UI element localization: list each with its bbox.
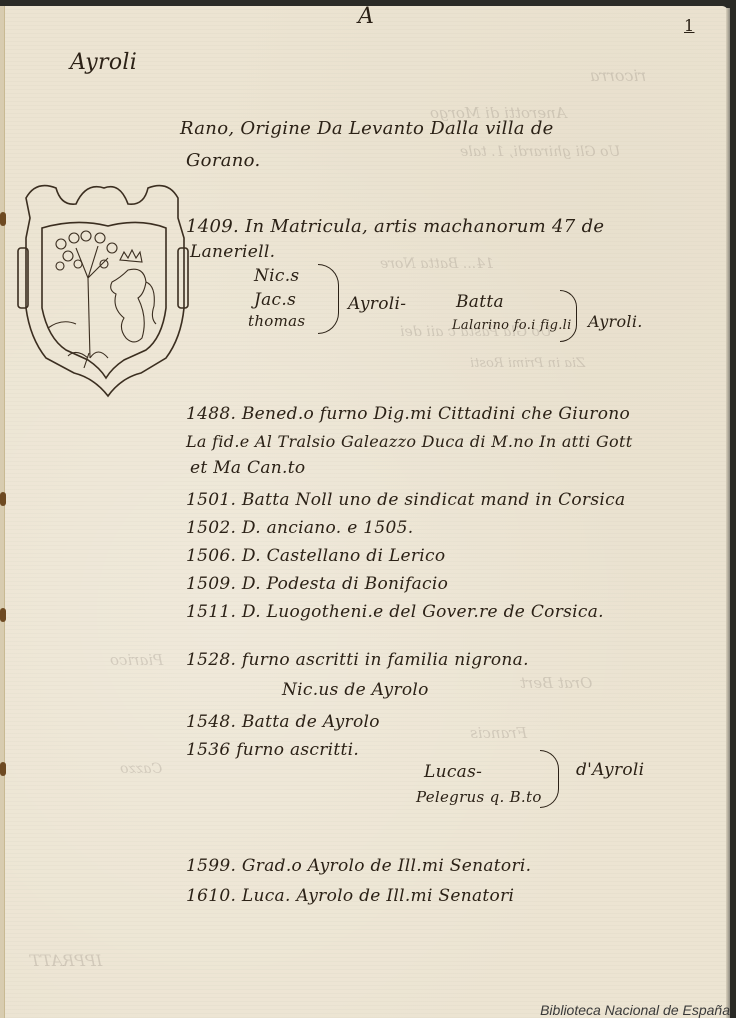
name-jacobus: Jac.s [254,290,296,310]
entry-year: 1599. [186,856,236,876]
entry-1548: 1548. Batta de Ayrolo [186,712,380,732]
brace-bracket [540,750,559,808]
intro-line-2: Gorano. [186,150,261,171]
entry-1528-continuation: Nic.us de Ayrolo [282,680,429,700]
page-number: 1 [684,16,694,35]
binding-edge [0,6,5,1018]
entry-year: 1536 [186,740,230,760]
bleed-through-text: Francis [470,724,527,742]
entry-text: D. anciano. e 1505. [242,518,414,538]
entry-year: 1488. [186,404,236,424]
brace-bracket [318,264,339,334]
entry-1506: 1506. D. Castellano di Lerico [186,546,445,566]
bleed-through-text: Piarico [110,651,163,669]
name-pelegrus: Pelegrus q. B.to [416,788,542,806]
binding-stitch [0,212,6,226]
name-lalarino: Lalarino fo.i fig.li [452,318,572,333]
entry-text: Grad.o Ayrolo de Ill.mi Senatori. [242,856,531,876]
entry-1409: 1409. In Matricula, artis machanorum 47 … [186,216,604,237]
folio-letter: A [358,4,374,29]
entry-text: Bened.o furno Dig.mi Cittadini che Giuro… [242,404,630,424]
entry-text: D. Castellano di Lerico [242,546,445,566]
bleed-through-text: Uo Gli ghirardi, 1. tale [460,144,620,160]
entry-text: D. Podesta di Bonifacio [242,574,448,594]
name-nicolaus: Nic.s [254,266,299,286]
entry-year: 1409. [186,216,239,237]
bleed-through-text: Orat Bert [520,674,592,692]
intro-line-1: Rano, Origine Da Levanto Dalla villa de [180,118,554,139]
binding-stitch [0,608,6,622]
entry-1488-continuation: La fid.e Al Tralsio Galeazzo Duca di M.n… [186,432,632,451]
name-thomas: thomas [248,312,305,330]
entry-year: 1511. [186,602,236,622]
entry-text: D. Luogotheni.e del Gover.re de Corsica. [242,602,604,622]
entry-1509: 1509. D. Podesta di Bonifacio [186,574,448,594]
manuscript-page: ricorra Anerotti di Morgo Uo Gli ghirard… [0,6,728,1018]
surname-ayroli: Ayroli- [348,294,406,314]
entry-text: Batta Noll uno de sindicat mand in Corsi… [242,490,626,510]
entry-1610: 1610. Luca. Ayrolo de Ill.mi Senatori [186,886,514,906]
entry-year: 1501. [186,490,236,510]
entry-year: 1528. [186,650,236,670]
surname-ayroli-2: Ayroli. [588,312,643,331]
bleed-through-text: Cazzo [120,761,162,777]
entry-year: 1506. [186,546,236,566]
entry-text: Luca. Ayrolo de Ill.mi Senatori [242,886,514,906]
entry-year: 1509. [186,574,236,594]
bleed-through-text: IPPRATT [30,951,102,970]
entry-year: 1548. [186,712,236,732]
library-watermark: Biblioteca Nacional de España [540,1002,730,1018]
entry-year: 1502. [186,518,236,538]
entry-text: Batta de Ayrolo [242,712,380,732]
entry-1488: 1488. Bened.o furno Dig.mi Cittadini che… [186,404,630,424]
bleed-through-text: ricorra [590,66,646,85]
bleed-through-text: Zia in Primi Rosti [470,356,585,371]
entry-1501: 1501. Batta Noll uno de sindicat mand in… [186,490,625,510]
entry-year: 1610. [186,886,236,906]
entry-1488-continuation-2: et Ma Can.to [190,458,305,478]
bleed-through-text: 14... Batta Nore [380,256,494,272]
entry-1511: 1511. D. Luogotheni.e del Gover.re de Co… [186,602,604,622]
binding-stitch [0,492,6,506]
surname-dayroli: d'Ayroli [576,760,644,780]
entry-text: furno ascritti in familia nigrona. [242,650,529,670]
entry-1536: 1536 furno ascritti. [186,740,359,760]
coat-of-arms-icon [16,178,191,403]
entry-1528: 1528. furno ascritti in familia nigrona. [186,650,529,670]
name-batta: Batta [456,292,504,312]
entry-1599: 1599. Grad.o Ayrolo de Ill.mi Senatori. [186,856,531,876]
brace-bracket [560,290,577,342]
entry-1502: 1502. D. anciano. e 1505. [186,518,413,538]
name-lucas: Lucas- [424,762,482,782]
binding-stitch [0,762,6,776]
family-heading: Ayroli [70,50,137,75]
entry-1409-continuation: Laneriell. [190,242,275,262]
page-edge [726,8,730,1018]
entry-text: furno ascritti. [236,740,359,760]
entry-text: In Matricula, artis machanorum 47 de [245,216,604,237]
